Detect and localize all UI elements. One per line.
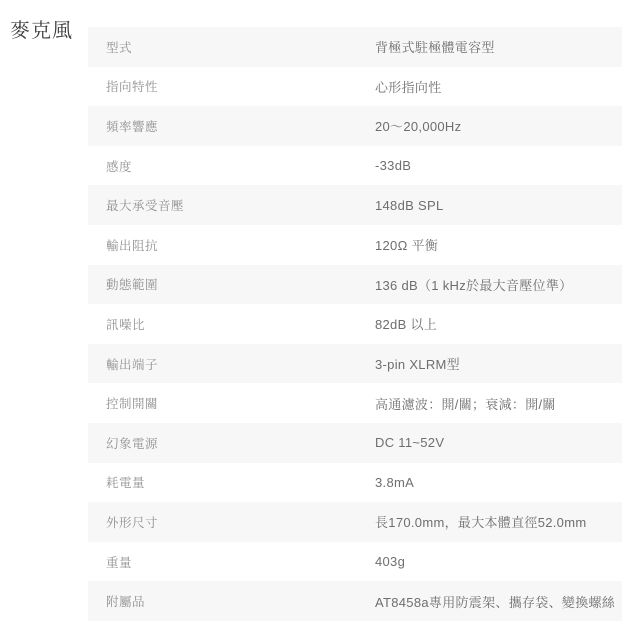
spec-label: 指向特性 xyxy=(88,77,375,95)
table-row: 型式背極式駐極體電容型 xyxy=(88,27,622,67)
spec-label: 控制開關 xyxy=(88,394,375,412)
spec-label: 型式 xyxy=(88,38,375,56)
table-row: 附屬品AT8458a專用防震架、攜存袋、變換螺絲 xyxy=(88,581,622,621)
spec-value: 136 dB（1 kHz於最大音壓位準） xyxy=(375,275,622,294)
spec-label: 動態範圍 xyxy=(88,275,375,293)
table-row: 最大承受音壓148dB SPL xyxy=(88,185,622,225)
spec-label: 外形尺寸 xyxy=(88,513,375,531)
spec-label: 附屬品 xyxy=(88,592,375,610)
spec-label: 耗電量 xyxy=(88,473,375,491)
spec-value: 心形指向性 xyxy=(375,77,622,96)
spec-value: 82dB 以上 xyxy=(375,314,622,333)
table-row: 控制開關高通濾波：開/關；衰減：開/關 xyxy=(88,383,622,423)
table-row: 耗電量3.8mA xyxy=(88,463,622,503)
spec-value: DC 11~52V xyxy=(375,435,622,450)
spec-value: 3.8mA xyxy=(375,475,622,490)
spec-label: 重量 xyxy=(88,553,375,571)
table-row: 重量403g xyxy=(88,542,622,582)
spec-label: 感度 xyxy=(88,157,375,175)
spec-label: 輸出端子 xyxy=(88,355,375,373)
table-row: 輸出端子3-pin XLRM型 xyxy=(88,344,622,384)
table-row: 動態範圍136 dB（1 kHz於最大音壓位準） xyxy=(88,265,622,305)
table-row: 指向特性心形指向性 xyxy=(88,67,622,107)
spec-table: 型式背極式駐極體電容型指向特性心形指向性頻率響應20～20,000Hz感度-33… xyxy=(88,27,622,621)
spec-value: 3-pin XLRM型 xyxy=(375,354,622,373)
spec-value: -33dB xyxy=(375,158,622,173)
table-row: 外形尺寸長170.0mm，最大本體直徑52.0mm xyxy=(88,502,622,542)
spec-value: 403g xyxy=(375,554,622,569)
spec-value: AT8458a專用防震架、攜存袋、變換螺絲 xyxy=(375,592,622,611)
spec-label: 輸出阻抗 xyxy=(88,236,375,254)
spec-label: 頻率響應 xyxy=(88,117,375,135)
spec-value: 背極式駐極體電容型 xyxy=(375,37,622,56)
spec-label: 最大承受音壓 xyxy=(88,196,375,214)
section-title: 麥克風 xyxy=(10,14,73,43)
spec-value: 120Ω 平衡 xyxy=(375,235,622,254)
spec-label: 幻象電源 xyxy=(88,434,375,452)
table-row: 頻率響應20～20,000Hz xyxy=(88,106,622,146)
spec-value: 高通濾波：開/關；衰減：開/關 xyxy=(375,394,622,413)
spec-value: 20～20,000Hz xyxy=(375,116,622,135)
spec-value: 148dB SPL xyxy=(375,198,622,213)
spec-value: 長170.0mm，最大本體直徑52.0mm xyxy=(375,512,622,531)
table-row: 幻象電源DC 11~52V xyxy=(88,423,622,463)
table-row: 訊噪比82dB 以上 xyxy=(88,304,622,344)
table-row: 感度-33dB xyxy=(88,146,622,186)
spec-page: 麥克風 型式背極式駐極體電容型指向特性心形指向性頻率響應20～20,000Hz感… xyxy=(0,0,640,640)
table-row: 輸出阻抗120Ω 平衡 xyxy=(88,225,622,265)
spec-label: 訊噪比 xyxy=(88,315,375,333)
